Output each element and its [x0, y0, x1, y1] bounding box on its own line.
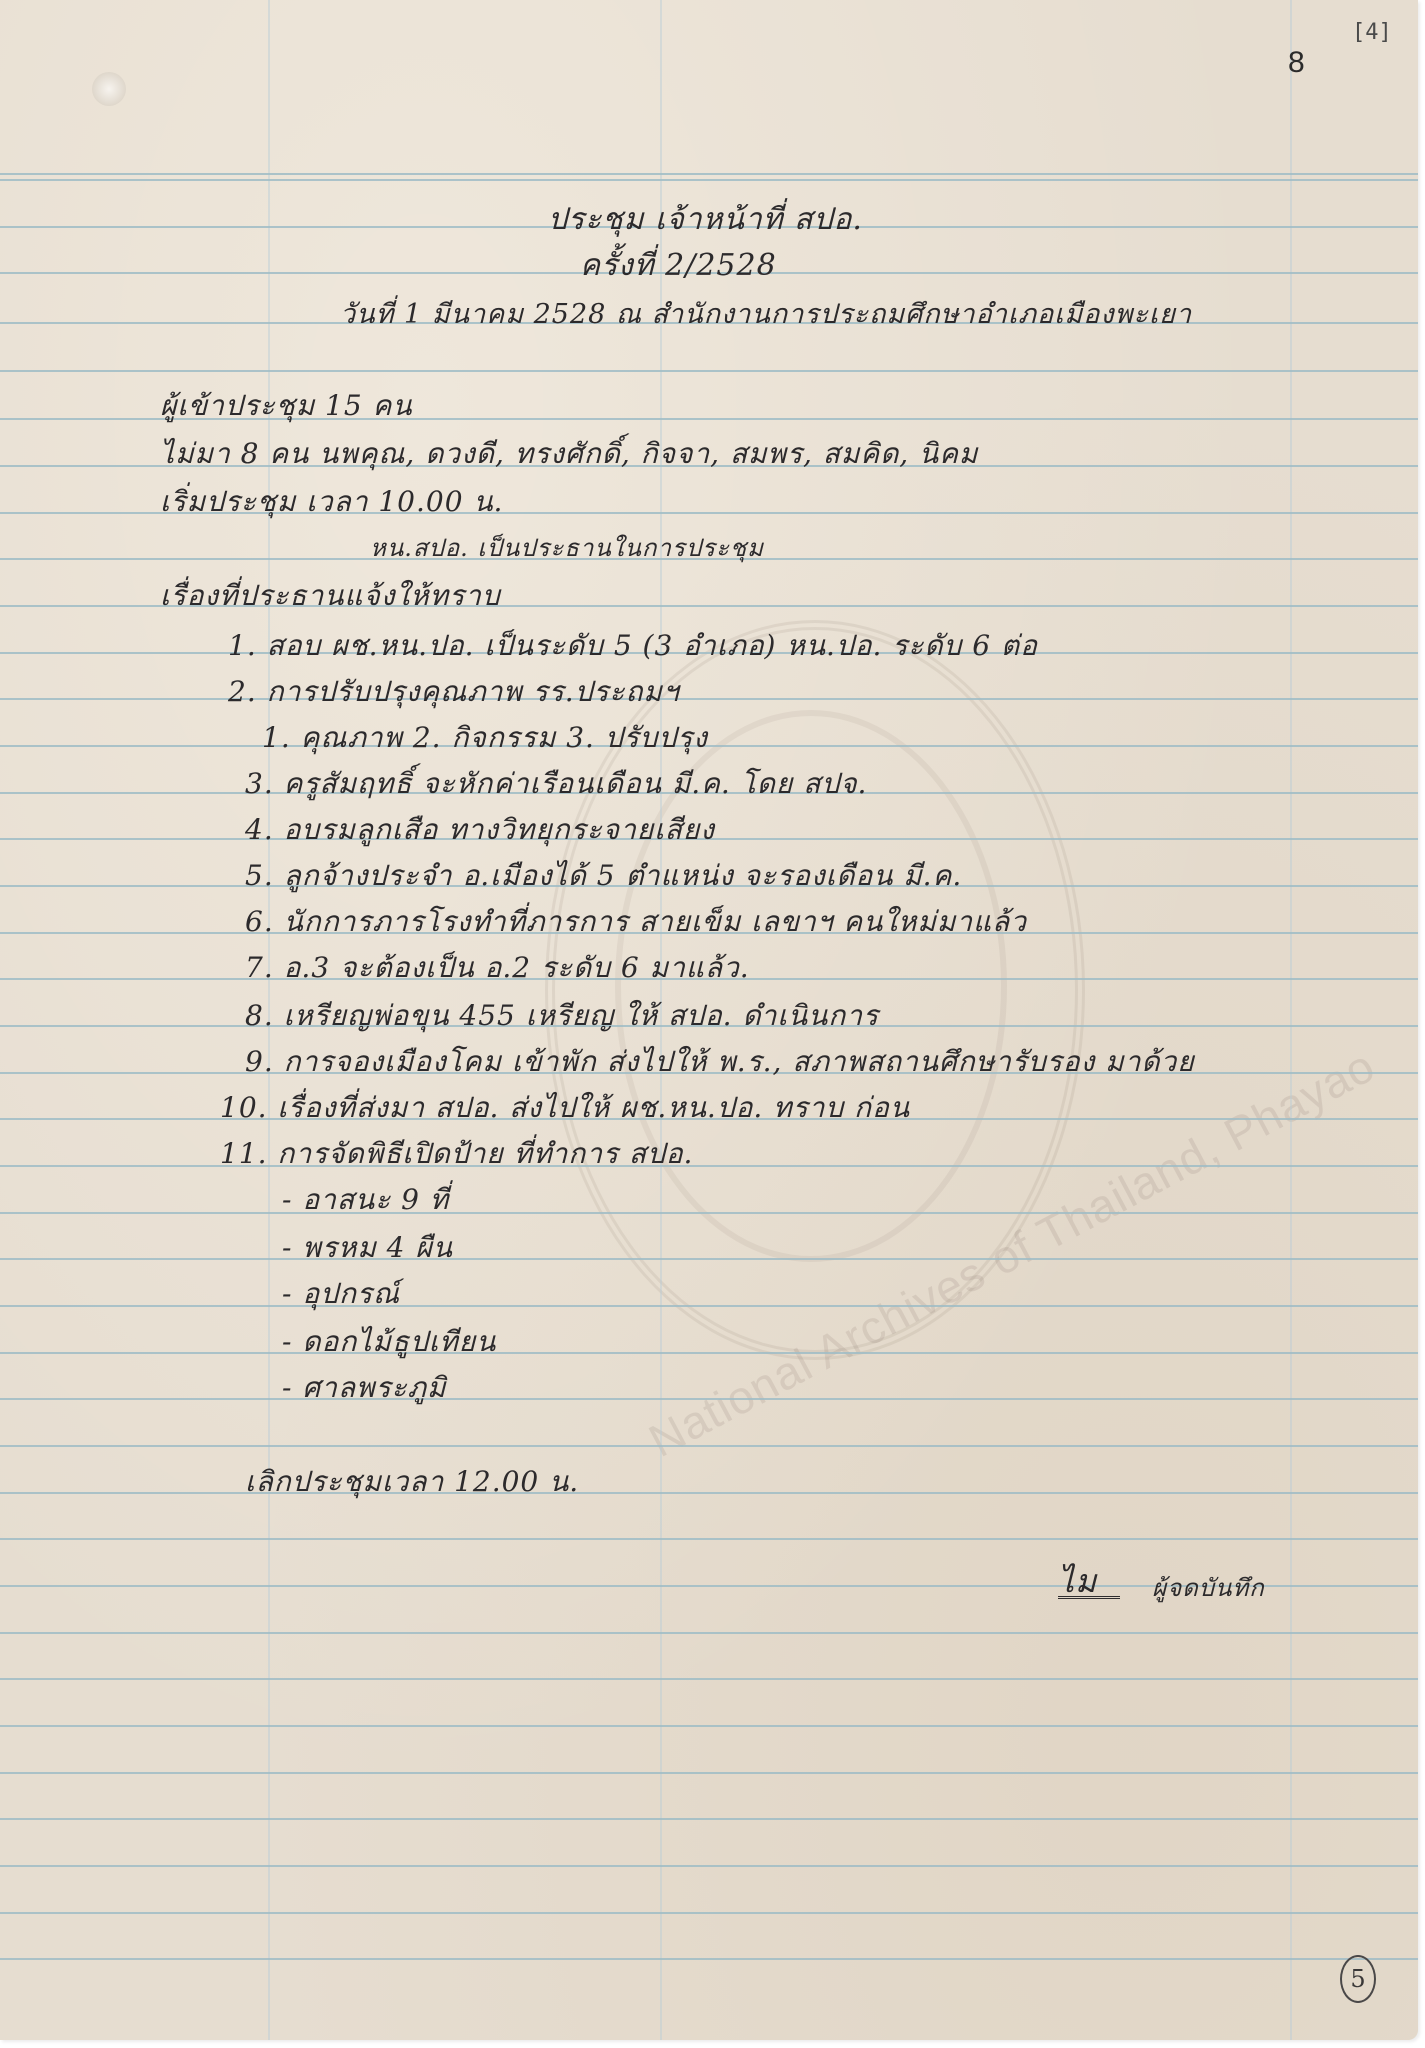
section-heading: เรื่องที่ประธานแจ้งให้ทราบ: [160, 574, 501, 618]
ruled-line: [0, 1352, 1418, 1354]
vertical-rule: [1290, 0, 1292, 2040]
agenda-item: 4. อบรมลูกเสือ ทางวิทยุกระจายเสียง: [245, 808, 715, 852]
agenda-item: 5. ลูกจ้างประจำ อ.เมืองได้ 5 ตำแหน่ง จะร…: [245, 854, 962, 898]
scanned-page: National Archives of Thailand, Phayao 8 …: [0, 0, 1418, 2040]
agenda-item: 7. อ.3 จะต้องเป็น อ.2 ระดับ 6 มาแล้ว.: [245, 946, 750, 990]
absentees: ไม่มา 8 คน นพคุณ, ดวงดี, ทรงศักดิ์, กิจจ…: [160, 432, 978, 476]
ruled-line: [0, 1258, 1418, 1260]
agenda-item: 2. การปรับปรุงคุณภาพ รร.ประถมฯ: [228, 670, 680, 714]
agenda-item: 9. การจองเมืองโคม เข้าพัก ส่งไปให้ พ.ร.,…: [245, 1040, 1195, 1084]
paper-dent: [92, 72, 126, 106]
circled-page-number: 5: [1340, 1955, 1376, 2003]
ceremony-supply-item: - พรหม 4 ผืน: [282, 1226, 453, 1270]
ruled-line: [0, 1818, 1418, 1820]
ruled-line: [0, 370, 1418, 372]
agenda-subitem: 1. คุณภาพ 2. กิจกรรม 3. ปรับปรุง: [262, 716, 708, 760]
signature-note: ผู้จดบันทึก: [1152, 1568, 1265, 1607]
agenda-item: 1. สอบ ผช.หน.ปอ. เป็นระดับ 5 (3 อำเภอ) ห…: [228, 624, 1038, 668]
agenda-item: 10. เรื่องที่ส่งมา สปอ. ส่งไปให้ ผช.หน.ป…: [220, 1086, 910, 1130]
ruled-line: [0, 1958, 1418, 1960]
ruled-line: [0, 1865, 1418, 1867]
ruled-line: [0, 1398, 1418, 1400]
start-time: เริ่มประชุม เวลา 10.00 น.: [160, 480, 503, 524]
session-number: ครั้งที่ 2/2528: [580, 242, 777, 289]
agenda-item: 6. นักการภารโรงทำที่ภารการ สายเข็ม เลขาฯ…: [245, 900, 1027, 944]
ruled-line: [0, 1725, 1418, 1727]
ruled-line: [0, 745, 1418, 747]
ceremony-supply-item: - อุปกรณ์: [282, 1272, 400, 1316]
document-title: ประชุม เจ้าหน้าที่ สปอ.: [548, 196, 863, 243]
signature-underline: [1058, 1560, 1120, 1599]
ruled-line: [0, 1912, 1418, 1914]
ruled-line: [0, 1538, 1418, 1540]
ruled-line: [0, 698, 1418, 700]
ceremony-supply-item: - ดอกไม้ธูปเทียน: [282, 1320, 496, 1364]
ruled-line: [0, 1212, 1418, 1214]
bracket-page-number: [4]: [1352, 20, 1392, 45]
ruled-line: [0, 1492, 1418, 1494]
ceremony-supply-item: - ศาลพระภูมิ: [282, 1366, 446, 1410]
chair-note: หน.สปอ. เป็นประธานในการประชุม: [370, 528, 764, 567]
ruled-line: [0, 1678, 1418, 1680]
agenda-item: 11. การจัดพิธีเปิดป้าย ที่ทำการ สปอ.: [220, 1132, 693, 1176]
date-and-place: วันที่ 1 มีนาคม 2528 ณ สำนักงานการประถมศ…: [340, 292, 1192, 335]
ruled-line: [0, 173, 1418, 175]
ruled-line: [0, 1632, 1418, 1634]
agenda-item: 8. เหรียญพ่อขุน 455 เหรียญ ให้ สปอ. ดำเน…: [245, 994, 879, 1038]
ruled-line: [0, 1165, 1418, 1167]
attendees-count: ผู้เข้าประชุม 15 คน: [160, 384, 412, 428]
agenda-item: 3. ครูสัมฤทธิ์ จะหักค่าเรือนเดือน มี.ค. …: [245, 762, 867, 806]
ruled-line: [0, 1445, 1418, 1447]
ruled-line: [0, 1305, 1418, 1307]
ceremony-supply-item: - อาสนะ 9 ที่: [282, 1178, 449, 1222]
ruled-line: [0, 179, 1418, 181]
closing-time: เลิกประชุมเวลา 12.00 น.: [245, 1460, 579, 1504]
ruled-line: [0, 1772, 1418, 1774]
page-number: 8: [1288, 46, 1305, 80]
